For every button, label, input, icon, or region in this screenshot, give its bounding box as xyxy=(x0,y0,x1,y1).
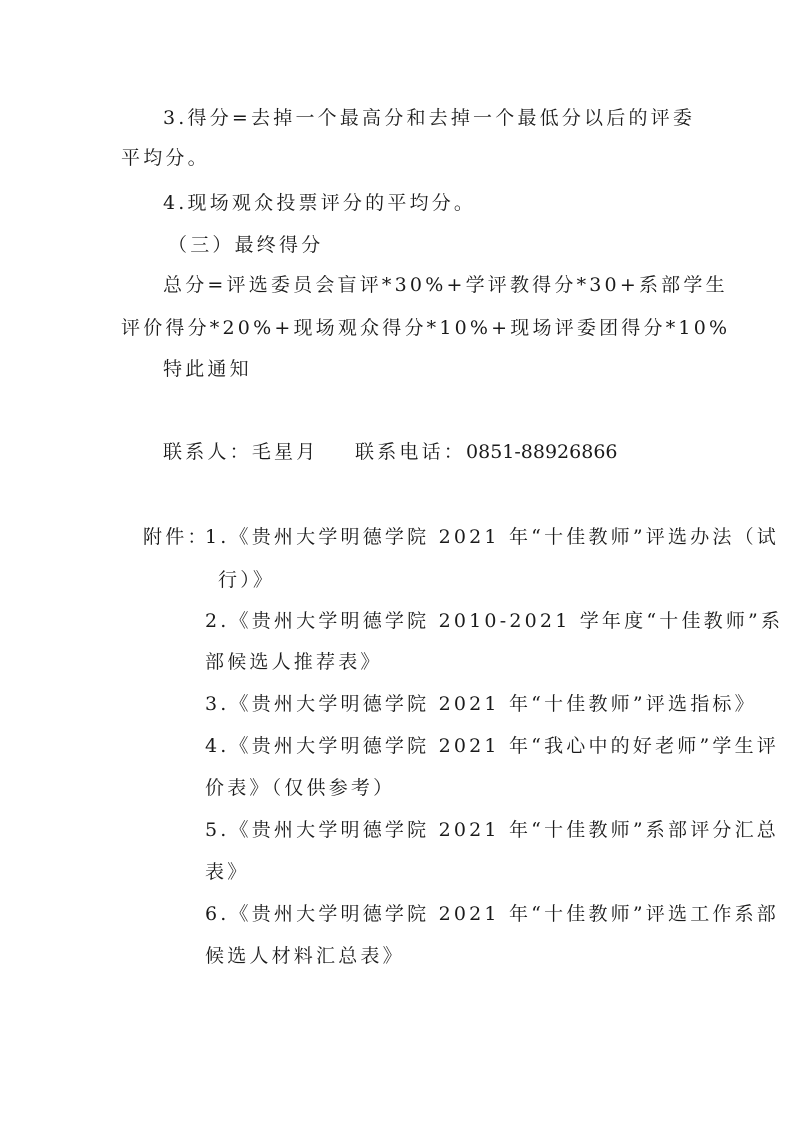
attachment-5-line-2: 表》 xyxy=(205,860,249,884)
formula-line-2: 评价得分*20%+现场观众得分*10%+现场评委团得分*10% xyxy=(121,316,730,340)
contact-person-label: 联系人： xyxy=(163,441,252,463)
attachment-2-line-1: 2.《贵州大学明德学院 2010-2021 学年度“十佳教师”系 xyxy=(205,609,783,633)
scoring-item-4-line-1: 4.现场观众投票评分的平均分。 xyxy=(163,191,476,215)
scoring-item-3-line-1: 3.得分=去掉一个最高分和去掉一个最低分以后的评委 xyxy=(163,106,695,130)
scoring-item-3-label: 3. xyxy=(163,107,188,129)
attachment-2-line-2: 部候选人推荐表》 xyxy=(205,650,383,674)
attachments-label: 附件： xyxy=(143,525,210,549)
contact-phone-number: 0851-88926866 xyxy=(466,441,617,463)
closing-text: 特此通知 xyxy=(163,357,252,381)
document-page: 3.得分=去掉一个最高分和去掉一个最低分以后的评委 平均分。 4.现场观众投票评… xyxy=(0,0,793,1122)
attachment-1-line-1: 1.《贵州大学明德学院 2021 年“十佳教师”评选办法（试 xyxy=(205,525,779,549)
formula-line-1: 总分=评选委员会盲评*30%+学评教得分*30+系部学生 xyxy=(163,273,728,297)
section-heading: （三）最终得分 xyxy=(168,233,323,257)
contact-phone: 联系电话：0851-88926866 xyxy=(355,440,618,464)
contact-phone-label: 联系电话： xyxy=(355,441,466,463)
attachment-1-line-2: 行）》 xyxy=(218,568,275,592)
attachment-4-line-1: 4.《贵州大学明德学院 2021 年“我心中的好老师”学生评 xyxy=(205,734,779,758)
scoring-item-4-label: 4. xyxy=(163,192,188,214)
scoring-item-4-text: 现场观众投票评分的平均分。 xyxy=(188,192,477,214)
attachment-4-line-2: 价表》（仅供参考） xyxy=(205,776,395,800)
scoring-item-3-text: 得分=去掉一个最高分和去掉一个最低分以后的评委 xyxy=(188,107,696,129)
attachment-6-line-1: 6.《贵州大学明德学院 2021 年“十佳教师”评选工作系部 xyxy=(205,902,779,926)
contact-person: 联系人：毛星月 xyxy=(163,440,318,464)
attachment-6-line-2: 候选人材料汇总表》 xyxy=(205,944,405,968)
attachment-3-line-1: 3.《贵州大学明德学院 2021 年“十佳教师”评选指标》 xyxy=(205,692,757,716)
contact-person-name: 毛星月 xyxy=(252,441,319,463)
attachment-5-line-1: 5.《贵州大学明德学院 2021 年“十佳教师”系部评分汇总 xyxy=(205,818,779,842)
scoring-item-3-line-2: 平均分。 xyxy=(121,146,210,170)
